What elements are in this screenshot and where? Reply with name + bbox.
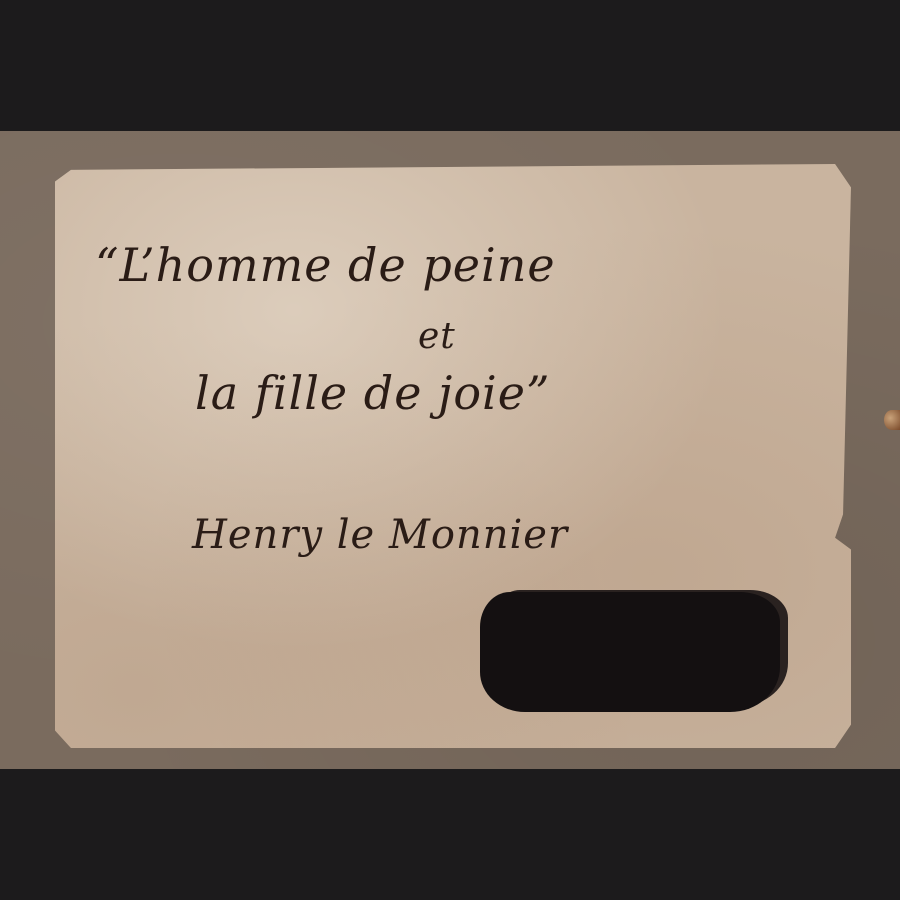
pin-tack: [884, 410, 900, 430]
title-line-1: “L’homme de peine: [95, 238, 556, 292]
ink-blot: [480, 592, 780, 712]
title-line-3: la fille de joie”: [195, 366, 550, 420]
title-line-2: et: [418, 316, 456, 357]
signature: Henry le Monnier: [192, 512, 568, 558]
bottom-black-band: [0, 769, 900, 900]
top-black-band: [0, 0, 900, 131]
